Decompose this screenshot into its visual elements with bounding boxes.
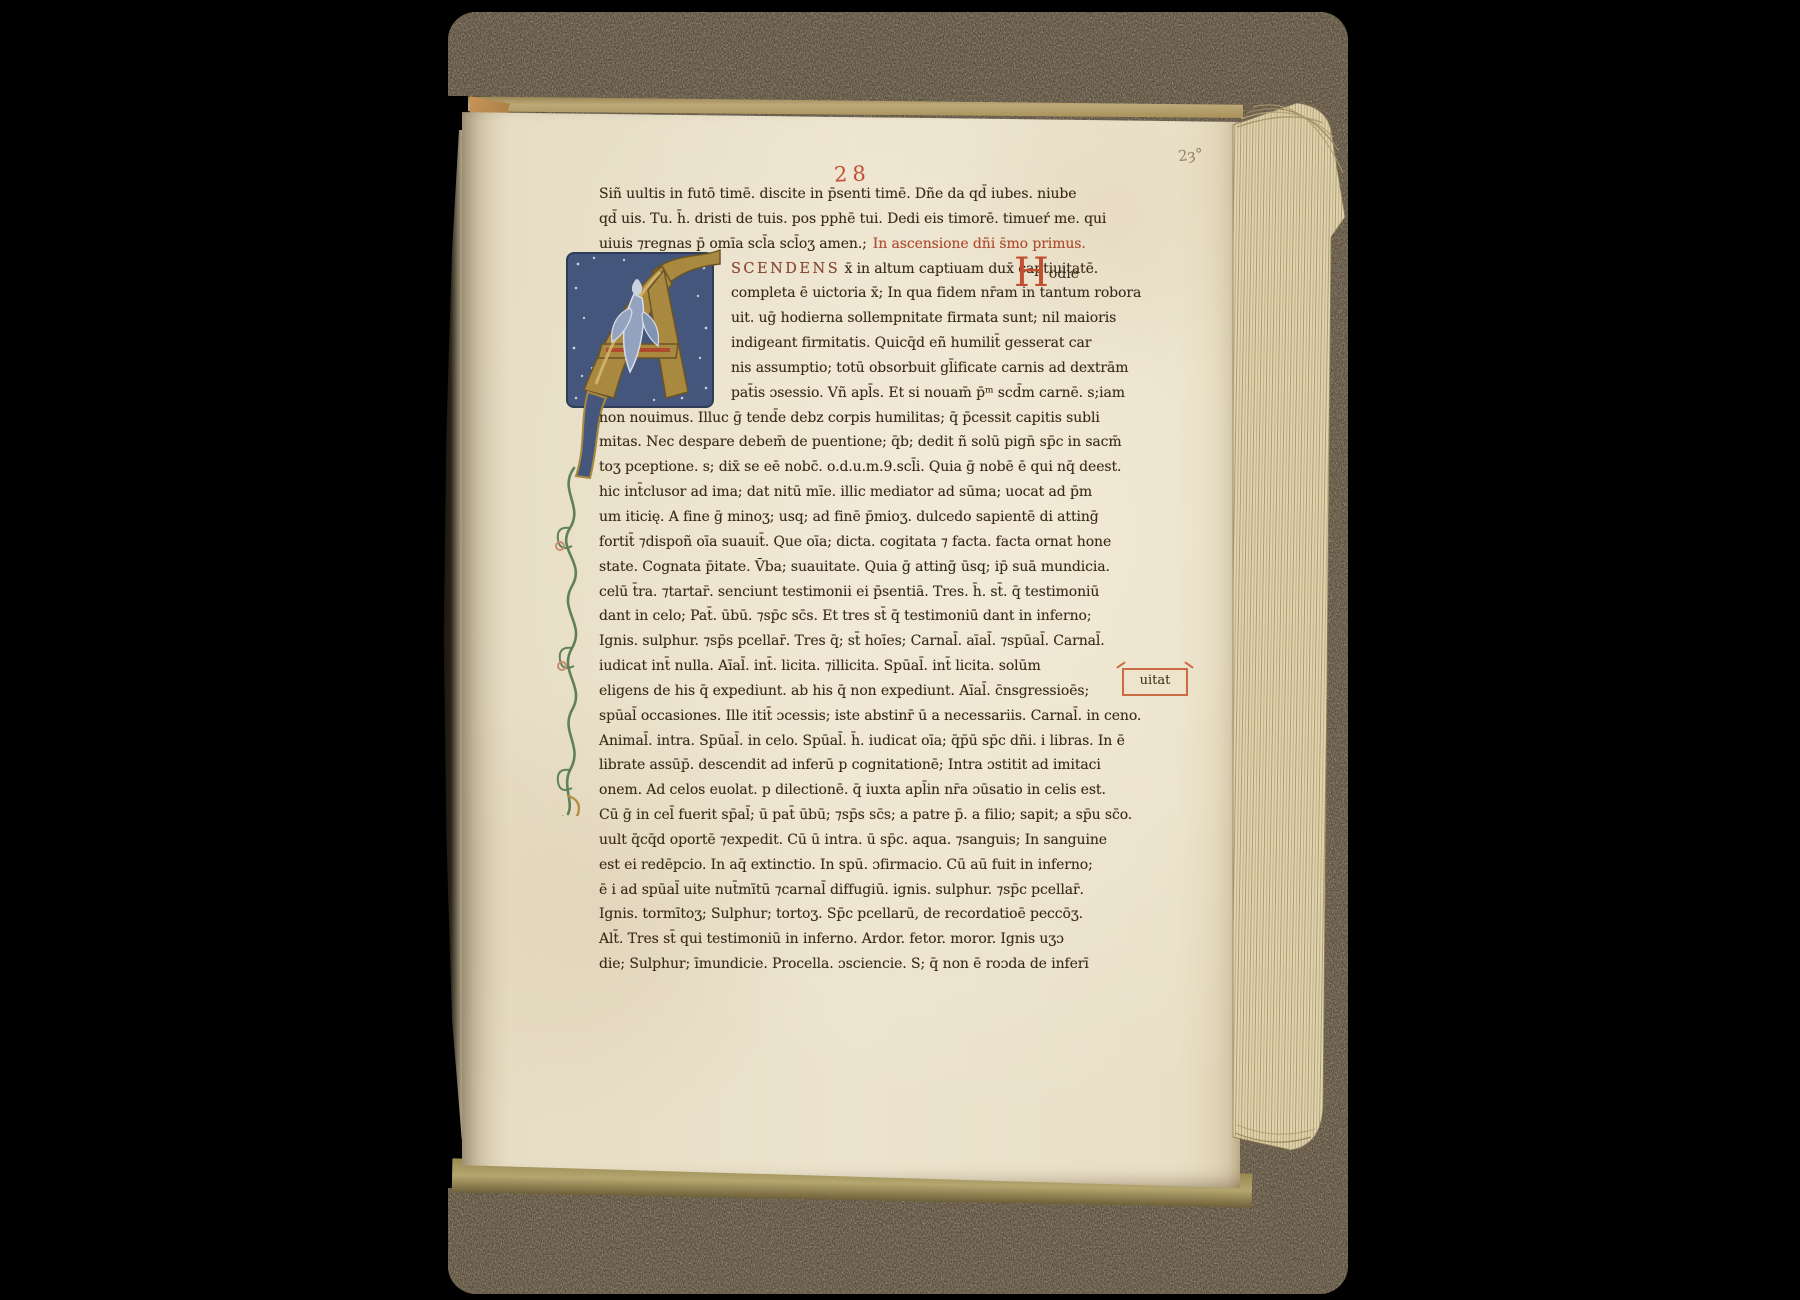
- text-line: ē i ad spūal̄ uite nut̄mītū ⁊carnal̄ dif…: [599, 882, 1159, 907]
- text-line: Siñ uultis in futō timē. discite in p̄se…: [599, 186, 1159, 211]
- text-line: completa ē uictoria x̄; In qua fidem nr̄…: [599, 285, 1159, 310]
- manuscript-photo: n r; s o r i sp̄ c u aiʒ od i st tā ñ c …: [0, 0, 1800, 1300]
- text-line: Ignis. tormītoʒ; Sulphur; tortoʒ. Sp̄c p…: [599, 906, 1159, 931]
- manuscript-page: 28 2ȝ°: [462, 98, 1240, 1188]
- text-line: non nouimus. Illuc ḡ tend̄e debz corpis …: [599, 410, 1159, 435]
- text-line: dant in celo; Pat̄. ūbū. ⁊sp̄c sc̄s. Et …: [599, 608, 1159, 633]
- text-line: state. Cognata p̄itate. V̄ba; suauitate.…: [599, 559, 1159, 584]
- text-line: eligens de his q̄ expediunt. ab his q̄ n…: [599, 683, 1159, 708]
- text-line: uiuis ⁊regnas p̄ omīa scl̄a scl̄oʒ amen.…: [599, 236, 1159, 261]
- text-line: celū t̄ra. ⁊tartar̄. senciunt testimonii…: [599, 584, 1159, 609]
- fore-edge-pages: [1225, 95, 1360, 1205]
- text-line: librate assūp̄. descendit ad inferū p co…: [599, 757, 1159, 782]
- fore-edge-graphic: [1225, 95, 1360, 1205]
- rubric-heading: In ascensione dñi s̄mo primus.: [873, 236, 1086, 252]
- text-line: pat̄is ɔsessio. Vñ apl̄s. Et si nouam̄ p…: [599, 385, 1159, 410]
- text-line: mitas. Nec despare debem̄ de puentione; …: [599, 434, 1159, 459]
- text-line: Animal̄. intra. Spūal̄. in celo. Spūal̄.…: [599, 733, 1159, 758]
- text-line: spūal̄ occasiones. Ille itit̄ ɔcessis; i…: [599, 708, 1159, 733]
- text-line: uit. uḡ hodierna sollempnitate firmata s…: [599, 310, 1159, 335]
- text-line: um iticię. A fine ḡ minoʒ; usq; ad finē …: [599, 509, 1159, 534]
- text-line: uult q̄cq̄d oportē ⁊expedit. Cū ū intra.…: [599, 832, 1159, 857]
- text-line: nis assumptio; totū obsorbuit gl̄ificate…: [599, 360, 1159, 385]
- text-line: Alt̄. Tres st̄ qui testimoniū in inferno…: [599, 931, 1159, 956]
- marginal-note-box: uitat: [1122, 668, 1188, 696]
- text-line: qd̄ uis. Tu. h̄. dristi de tuis. pos pph…: [599, 211, 1159, 236]
- drop-cap-word: SCENDENS: [731, 261, 840, 277]
- text-line: die; Sulphur; īmundicie. Procella. ɔscie…: [599, 956, 1159, 981]
- text-line: onem. Ad celos euolat. p dilectionē. q̄ …: [599, 782, 1159, 807]
- text-line: Ignis. sulphur. ⁊sp̄s pcellar̄. Tres q̄;…: [599, 633, 1159, 658]
- secondary-initial-H: Hodie: [1014, 258, 1079, 288]
- page-number: 28: [834, 161, 872, 186]
- text-block: Siñ uultis in futō timē. discite in p̄se…: [599, 186, 1159, 981]
- folio-mark: 2ȝ°: [1177, 145, 1204, 166]
- text-line: Cū ḡ in cel̄ fuerit sp̄al̄; ū pat̄ ūbū; …: [599, 807, 1159, 832]
- text-line: indigeant firmitatis. Quicq̄d eñ humilit…: [599, 335, 1159, 360]
- text-line: iudicat int̄ nulla. Aīal̄. int̄. licita.…: [599, 658, 1159, 683]
- text-line: toʒ pceptione. s; dix̄ se eē nobc̄. o.d.…: [599, 459, 1159, 484]
- text-line: fortit̄ ⁊dispoñ oīa suauit̄. Que oīa; di…: [599, 534, 1159, 559]
- text-line: est ei redēpcio. In aq̄ extinctio. In sp…: [599, 857, 1159, 882]
- text-line: hic int̄clusor ad ima; dat nitū mīe. ill…: [599, 484, 1159, 509]
